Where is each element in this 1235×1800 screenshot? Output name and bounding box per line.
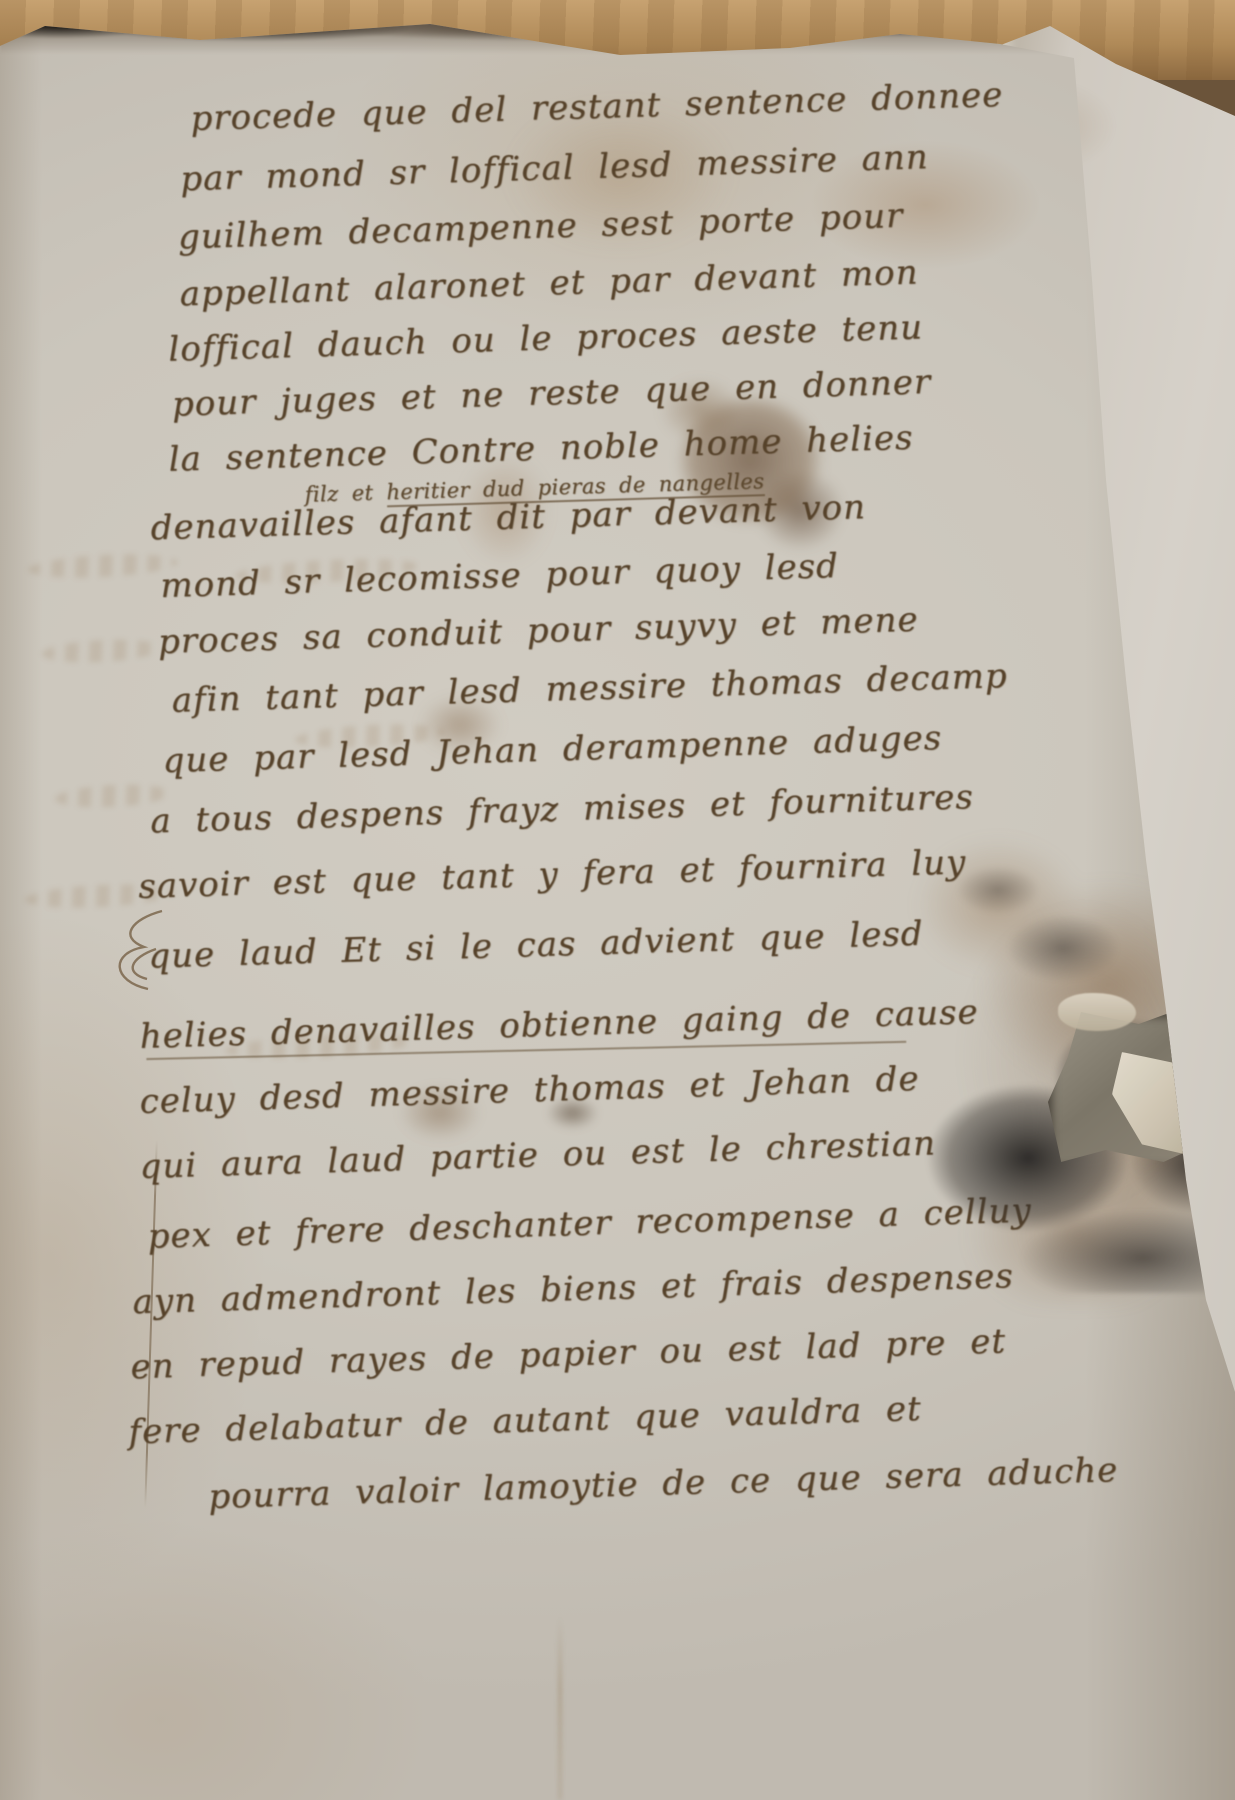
- manuscript-line: loffical dauch ou le proces aeste tenu: [168, 307, 924, 369]
- manuscript-line: proces sa conduit pour suyvy et mene: [157, 600, 919, 663]
- bleedthrough-text: [28, 551, 179, 581]
- manuscript-line: appellant alaronet et par devant mon: [179, 252, 919, 314]
- fold-crease: [558, 1615, 562, 1800]
- manuscript-line: mond sr lecomisse pour quoy lesd: [160, 546, 840, 606]
- manuscript-line: procede que del restant sentence donnee: [190, 75, 1004, 139]
- manuscript-line: afin tant par lesd messire thomas decamp: [171, 656, 1008, 721]
- manuscript-line: en repud rayes de papier ou est lad pre …: [130, 1321, 1007, 1387]
- manuscript-line: savoir est que tant y fera et fournira l…: [138, 842, 967, 907]
- manuscript-line: pour juges et ne reste que en donner: [171, 362, 931, 425]
- torn-flap: [1058, 993, 1136, 1031]
- manuscript-line: qui aura laud partie ou est le chrestian: [139, 1123, 937, 1187]
- manuscript-line: helies denavailles obtienne gaing de cau…: [139, 992, 979, 1057]
- bleedthrough-text: [42, 637, 163, 665]
- manuscript-line: que laud Et si le cas advient que lesd: [148, 914, 924, 977]
- manuscript-line: pourra valoir lamoytie de ce que sera ad…: [208, 1450, 1119, 1517]
- manuscript-photo: procede que del restant sentence donnee …: [0, 0, 1235, 1800]
- manuscript-line: a tous despens frayz mises et fourniture…: [150, 777, 974, 841]
- manuscript-line: par mond sr loffical lesd messire ann: [180, 137, 929, 199]
- manuscript-line: celuy desd messire thomas et Jehan de: [139, 1059, 920, 1122]
- manuscript-line: fere delabatur de autant que vauldra et: [128, 1389, 922, 1453]
- manuscript-page: procede que del restant sentence donnee …: [0, 0, 1235, 1800]
- manuscript-line: la sentence Contre noble home helies: [168, 418, 914, 480]
- text-block: procede que del restant sentence donnee …: [155, 0, 1213, 1619]
- manuscript-line: que par lesd Jehan derampenne aduges: [162, 718, 943, 781]
- manuscript-line: guilhem decampenne sest porte pour: [177, 196, 903, 258]
- margin-pen-line: [144, 1140, 158, 1508]
